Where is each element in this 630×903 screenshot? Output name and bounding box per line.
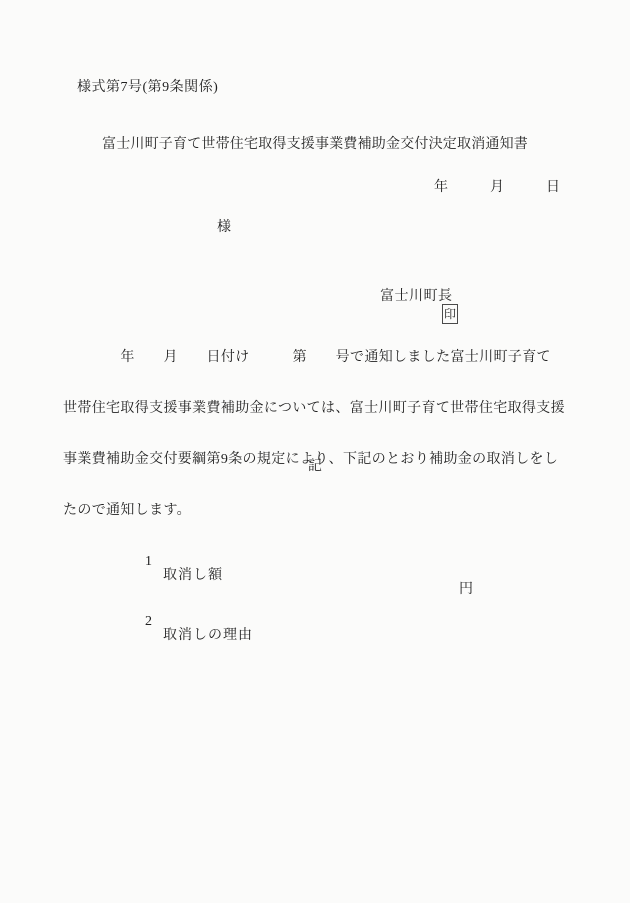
record-heading: 記 bbox=[0, 460, 630, 474]
item-number: 1 bbox=[145, 555, 152, 569]
body-line: 世帯住宅取得支援事業費補助金については、富士川町子育て世帯住宅取得支援 bbox=[63, 397, 569, 420]
item-unit-yen: 円 bbox=[459, 583, 473, 597]
body-paragraph: 年 月 日付け 第 号で通知しました富士川町子育て 世帯住宅取得支援事業費補助金… bbox=[63, 318, 569, 536]
document-title: 富士川町子育て世帯住宅取得支援事業費補助金交付決定取消通知書 bbox=[0, 138, 630, 152]
document-page: { "page": { "background": "#fbfbfa", "te… bbox=[0, 0, 630, 903]
item-row-cancellation-amount: 1 取消し額 円 bbox=[0, 541, 630, 561]
addressee-suffix: 様 bbox=[217, 221, 231, 235]
item-label-cancellation-amount: 取消し額 bbox=[163, 569, 223, 583]
date-line: 年 月 日 bbox=[434, 181, 560, 195]
form-number: 様式第7号(第9条関係) bbox=[77, 81, 218, 95]
item-number: 2 bbox=[145, 615, 152, 629]
item-row-cancellation-reason: 2 取消しの理由 bbox=[0, 601, 630, 621]
body-line: 年 月 日付け 第 号で通知しました富士川町子育て bbox=[63, 346, 569, 369]
sender-line: 富士川町長 印 bbox=[373, 276, 458, 298]
item-label-cancellation-reason: 取消しの理由 bbox=[163, 629, 253, 643]
sender-title: 富士川町長 bbox=[380, 290, 453, 304]
body-line: たので通知します。 bbox=[63, 499, 569, 522]
